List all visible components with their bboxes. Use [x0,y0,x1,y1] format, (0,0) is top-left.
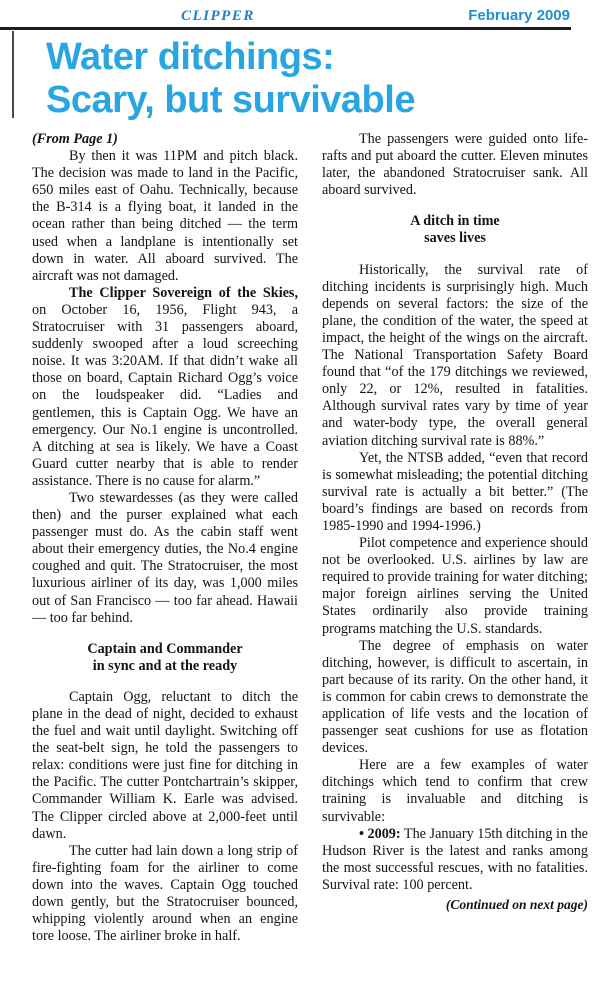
section-heading: Captain and Commanderin sync and at the … [32,641,298,675]
paragraph: Here are a few examples of water ditchin… [322,757,588,825]
paragraph: By then it was 11PM and pitch black. The… [32,148,298,285]
title-accent-bar [12,31,14,118]
paragraph: The passengers were guided onto life-raf… [322,131,588,199]
paragraph: Historically, the survival rate of ditch… [322,262,588,450]
left-column: (From Page 1) By then it was 11PM and pi… [32,131,298,997]
paragraph: Yet, the NTSB added, “even that record i… [322,450,588,535]
newsletter-page: CLIPPER February 2009 Water ditchings:Sc… [0,0,600,1002]
article-title-line2: Scary, but survivable [46,79,415,121]
article-title-line1: Water ditchings: [46,36,334,78]
paragraph: Two stewardesses (as they were called th… [32,490,298,627]
masthead-title: CLIPPER [181,8,255,25]
section-heading-line2: in sync and at the ready [93,658,237,674]
paragraph: The cutter had lain down a long strip of… [32,843,298,946]
section-heading-line1: Captain and Commander [87,641,242,657]
section-heading-line2: saves lives [424,230,486,246]
continued-note: (Continued on next page) [322,896,588,913]
issue-date: February 2009 [468,7,570,24]
right-column: The passengers were guided onto life-raf… [322,131,588,997]
section-heading: A ditch in timesaves lives [322,213,588,247]
paragraph: Captain Ogg, reluctant to ditch the plan… [32,689,298,843]
paragraph-bold-lead: The Clipper Sovereign of the Skies, [69,285,298,301]
from-page-note: (From Page 1) [32,131,298,148]
paragraph: The degree of emphasis on water ditching… [322,638,588,758]
paragraph: Pilot competence and experience should n… [322,535,588,638]
paragraph: The Clipper Sovereign of the Skies, on O… [32,285,298,490]
article-title: Water ditchings:Scary, but survivable [46,36,415,122]
header-rule [0,27,571,30]
article-body: (From Page 1) By then it was 11PM and pi… [32,131,588,997]
bullet-year-lead: • 2009: [359,826,401,842]
paragraph: • 2009: The January 15th ditching in the… [322,826,588,894]
paragraph-text: on October 16, 1956, Flight 943, a Strat… [32,302,298,489]
section-heading-line1: A ditch in time [410,213,499,229]
